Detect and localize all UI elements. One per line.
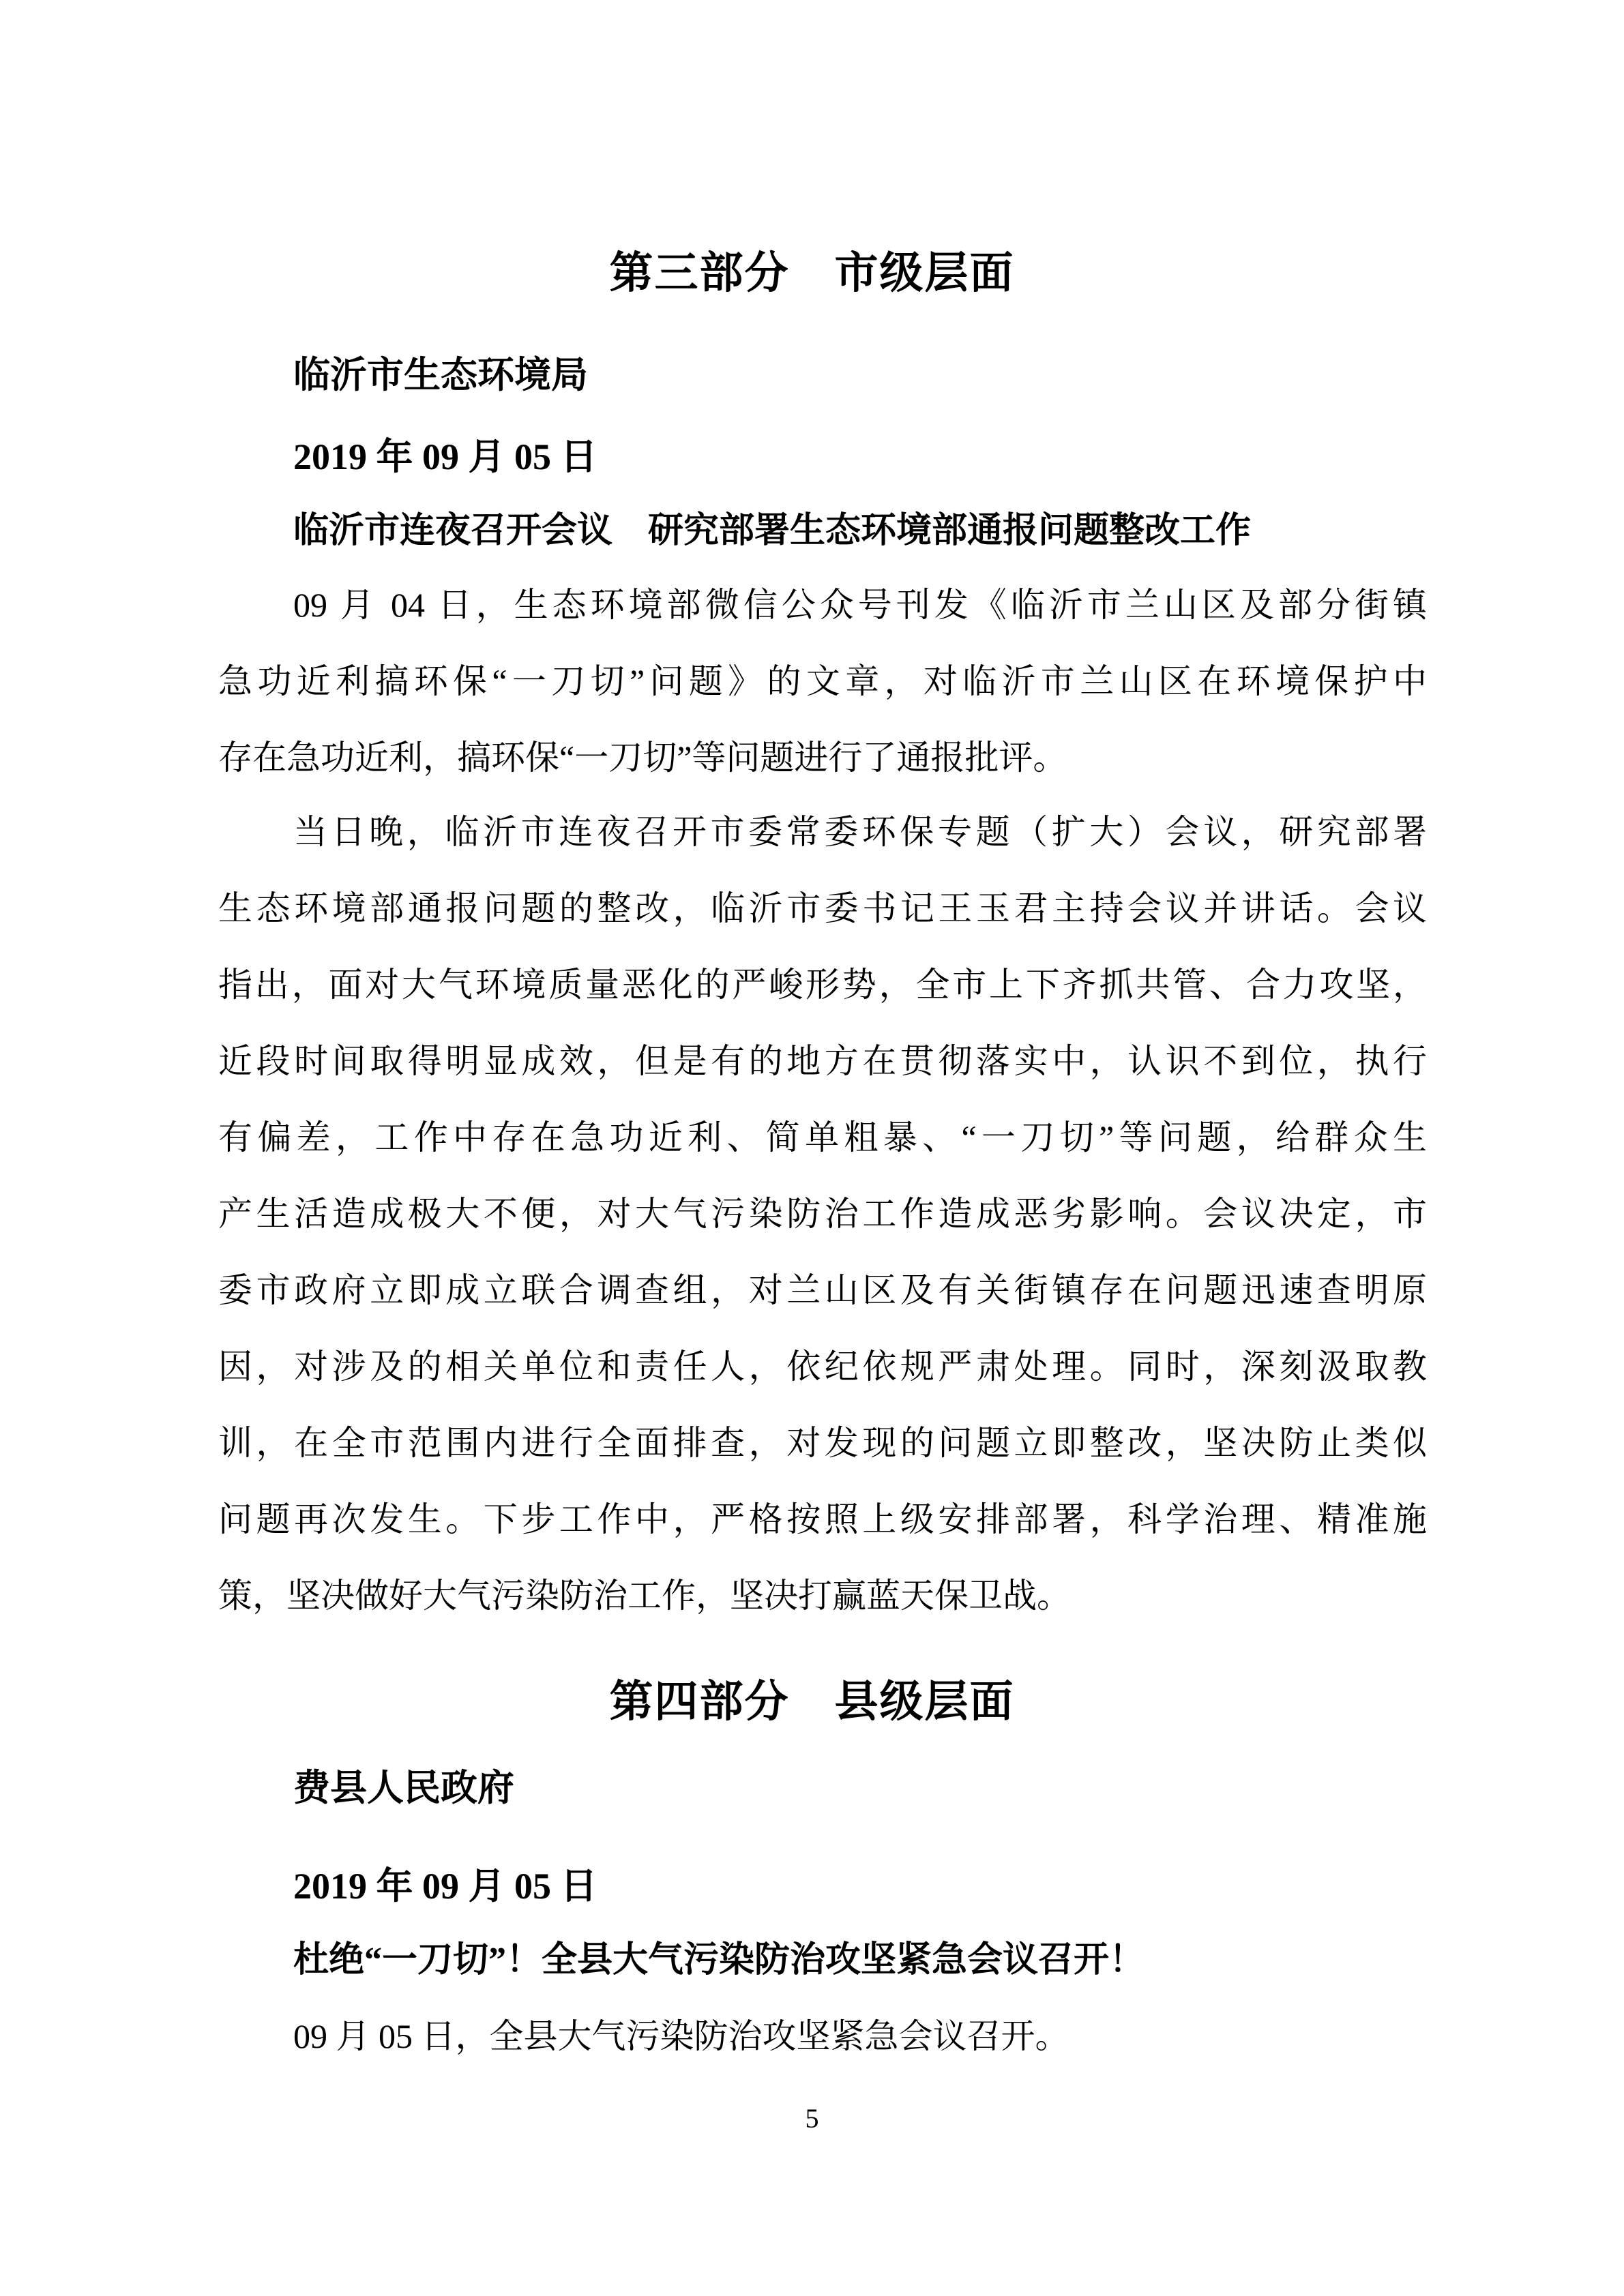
text-line: 委市政府立即成立联合调查组，对兰山区及有关街镇存在问题迅速查明原 [218, 1252, 1427, 1328]
part4-headline: 杜绝“一刀切”！全县大气污染防治攻坚紧急会议召开！ [293, 1941, 1145, 1980]
text-line: 09 月 04 日，生态环境部微信公众号刊发《临沂市兰山区及部分街镇 [218, 567, 1427, 643]
part3-headline: 临沂市连夜召开会议 研究部署生态环境部通报问题整改工作 [293, 511, 1251, 551]
part3-org-name: 临沂市生态环境局 [293, 355, 588, 396]
text-line: 急功近利搞环保“一刀切”问题》的文章，对临沂市兰山区在环境保护中 [218, 643, 1427, 719]
text-line: 因，对涉及的相关单位和责任人，依纪依规严肃处理。同时，深刻汲取教 [218, 1328, 1427, 1405]
text-line: 存在急功近利，搞环保“一刀切”等问题进行了通报批评。 [218, 719, 1427, 796]
part4-title: 第四部分 县级层面 [0, 1678, 1624, 1725]
document-page: 第三部分 市级层面 临沂市生态环境局 2019 年 09 月 05 日 临沂市连… [0, 0, 1624, 2296]
text-line: 指出，面对大气环境质量恶化的严峻形势，全市上下齐抓共管、合力攻坚， [218, 946, 1427, 1023]
page-number: 5 [0, 2104, 1624, 2134]
part4-org-name: 费县人民政府 [293, 1768, 514, 1808]
text-line: 策，坚决做好大气污染防治工作，坚决打赢蓝天保卫战。 [218, 1557, 1427, 1634]
text-line: 有偏差，工作中存在急功近利、简单粗暴、“一刀切”等问题，给群众生 [218, 1099, 1427, 1176]
part3-title: 第三部分 市级层面 [0, 250, 1624, 297]
text-line: 近段时间取得明显成效，但是有的地方在贯彻落实中，认识不到位，执行 [218, 1023, 1427, 1099]
text-line: 训，在全市范围内进行全面排查，对发现的问题立即整改，坚决防止类似 [218, 1405, 1427, 1481]
part3-paragraph-1: 09 月 04 日，生态环境部微信公众号刊发《临沂市兰山区及部分街镇 急功近利搞… [218, 567, 1427, 796]
text-line: 当日晚，临沂市连夜召开市委常委环保专题（扩大）会议，研究部署 [218, 794, 1427, 870]
part4-date: 2019 年 09 月 05 日 [293, 1866, 597, 1907]
part3-date: 2019 年 09 月 05 日 [293, 436, 597, 477]
text-line: 问题再次发生。下步工作中，严格按照上级安排部署，科学治理、精准施 [218, 1481, 1427, 1557]
part4-body-line: 09 月 05 日，全县大气污染防治攻坚紧急会议召开。 [293, 2016, 1069, 2057]
text-line: 生态环境部通报问题的整改，临沂市委书记王玉君主持会议并讲话。会议 [218, 870, 1427, 946]
part3-paragraph-2: 当日晚，临沂市连夜召开市委常委环保专题（扩大）会议，研究部署 生态环境部通报问题… [218, 794, 1427, 1634]
text-line: 产生活造成极大不便，对大气污染防治工作造成恶劣影响。会议决定，市 [218, 1176, 1427, 1252]
